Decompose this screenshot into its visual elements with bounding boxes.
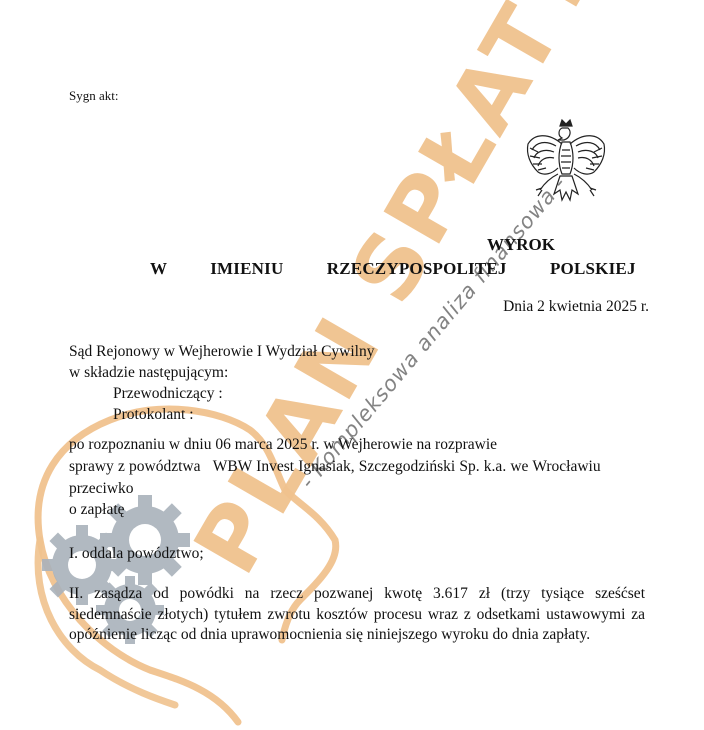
- court-clerk-label: Protokolant :: [113, 405, 194, 425]
- ruling-2: II. zasądza od powódki na rzecz pozwanej…: [69, 584, 645, 646]
- document-page: PLAN SPŁATY - Kompleksowa analiza finans…: [0, 0, 704, 730]
- judgment-text: Sygn akt: WYROK W IMIENIU RZECZYPOSPOLIT…: [0, 0, 704, 730]
- ruling-1: I. oddala powództwo;: [69, 544, 204, 564]
- case-subject: o zapłatę: [69, 500, 125, 520]
- composition-intro: w składzie następującym:: [69, 363, 228, 383]
- hearing-line: po rozpoznaniu w dniu 06 marca 2025 r. w…: [69, 435, 497, 455]
- judgment-date: Dnia 2 kwietnia 2025 r.: [503, 297, 649, 317]
- judgment-title: WYROK: [487, 235, 555, 255]
- against-label: przeciwko: [69, 479, 134, 499]
- judgment-subtitle: W IMIENIU RZECZYPOSPOLITEJ POLSKIEJ: [150, 259, 636, 279]
- case-signature-label: Sygn akt:: [69, 86, 118, 106]
- court-name: Sąd Rejonowy w Wejherowie I Wydział Cywi…: [69, 342, 374, 362]
- case-parties-line: sprawy z powództwa WBW Invest Ignasiak, …: [69, 457, 601, 477]
- presiding-judge-label: Przewodniczący :: [113, 384, 223, 404]
